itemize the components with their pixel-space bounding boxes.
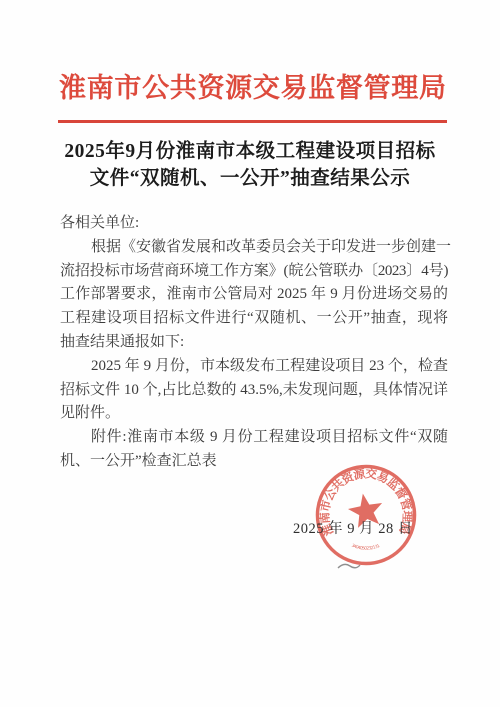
- body-line-attachment: 附件:淮南市本级 9 月份工程建设项目招标文件“双随: [60, 426, 448, 450]
- body-line-salutation: 各相关单位:: [60, 212, 448, 236]
- document-date: 2025 年 9 月 28 日: [293, 517, 413, 538]
- body-line: 工作部署要求，淮南市公管局对 2025 年 9 月份进场交易的: [60, 283, 448, 307]
- body-line: 根据《安徽省发展和改革委员会关于印发进一步创建一: [60, 236, 448, 260]
- official-seal: 淮南市公共资源交易监督管理局 3404050232131: [314, 463, 418, 567]
- document-body: 各相关单位: 根据《安徽省发展和改革委员会关于印发进一步创建一 流招投标市场营商…: [60, 212, 448, 474]
- document-page: 淮南市公共资源交易监督管理局 2025年9月份淮南市本级工程建设项目招标 文件“…: [0, 0, 500, 707]
- body-line: 招标文件 10 个,占比总数的 43.5%,未发现问题，具体情况详: [60, 379, 448, 403]
- document-title-line1: 2025年9月份淮南市本级工程建设项目招标: [40, 138, 460, 165]
- body-line: 2025 年 9 月份，市本级发布工程建设项目 23 个，检查: [60, 355, 448, 379]
- body-line: 见附件。: [60, 402, 448, 426]
- letterhead-org-name: 淮南市公共资源交易监督管理局: [59, 70, 446, 106]
- body-line: 工程建设项目招标文件进行“双随机、一公开”抽查，现将: [60, 307, 448, 331]
- document-title: 2025年9月份淮南市本级工程建设项目招标 文件“双随机、一公开”抽查结果公示: [40, 138, 460, 192]
- document-title-line2: 文件“双随机、一公开”抽查结果公示: [40, 165, 460, 192]
- body-line: 抽查结果通报如下:: [60, 331, 448, 355]
- seal-code-text: 3404050232131: [351, 543, 381, 552]
- body-line: 流招投标市场营商环境工作方案》(皖公管联办〔2023〕4号): [60, 260, 448, 284]
- letterhead-divider: [58, 120, 447, 123]
